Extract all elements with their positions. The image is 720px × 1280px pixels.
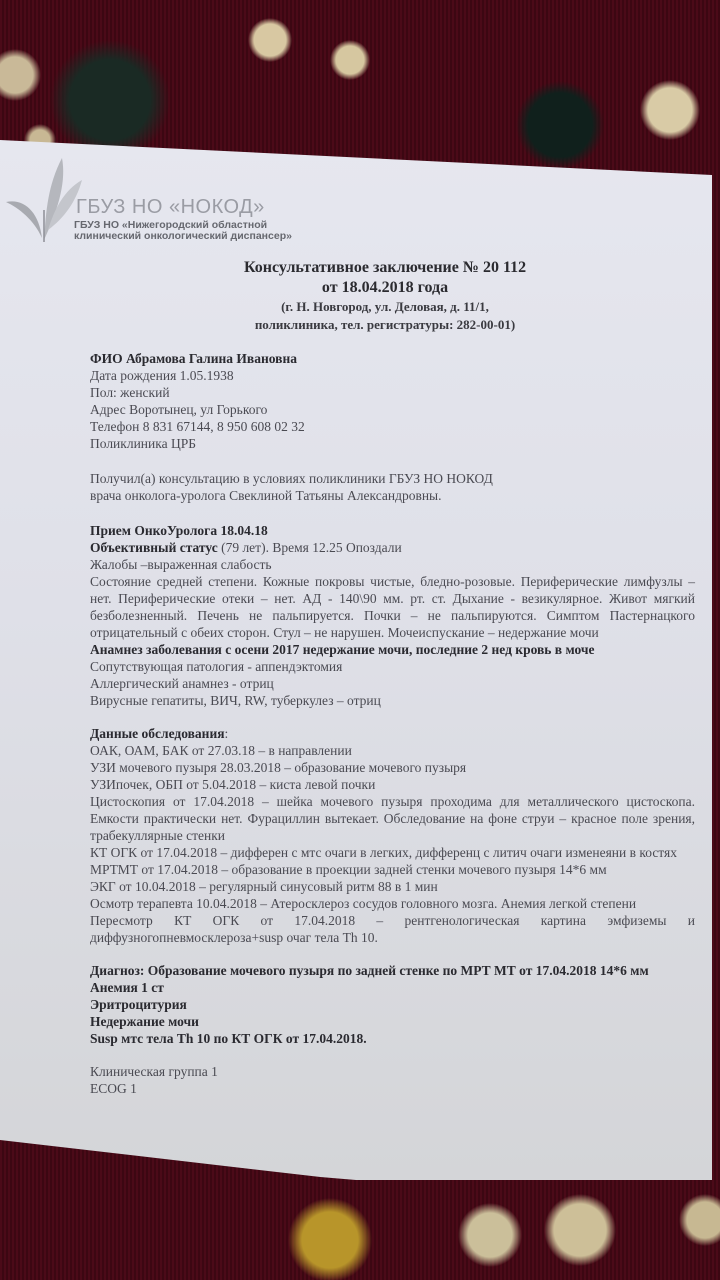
examination-heading: Данные обследования — [90, 726, 225, 741]
reception-heading: Прием ОнкоУролога 18.04.18 — [90, 522, 695, 539]
patient-name: ФИО Абрамова Галина Ивановна — [90, 350, 695, 367]
status-label: Объективный статус — [90, 540, 218, 555]
patient-phone: Телефон 8 831 67144, 8 950 608 02 32 — [90, 418, 695, 435]
infections: Вирусные гепатиты, ВИЧ, RW, туберкулез –… — [90, 692, 695, 709]
examination-heading-line: Данные обследования: — [90, 725, 695, 742]
document-title: Консультативное заключение № 20 112 — [225, 258, 545, 278]
clinic-logo: ГБУЗ НО «НОКОД» ГБУЗ НО «Нижегородский о… — [4, 150, 304, 245]
patient-clinic: Поликлиника ЦРБ — [90, 435, 695, 452]
exam-item: УЗИ мочевого пузыря 28.03.2018 – образов… — [90, 759, 695, 776]
exam-item: МРТМТ от 17.04.2018 – образование в прое… — [90, 861, 695, 878]
patient-birth-date: Дата рождения 1.05.1938 — [90, 367, 695, 384]
exam-item: КТ ОГК от 17.04.2018 – дифферен с мтс оч… — [90, 844, 695, 861]
address-line-2: поликлиника, тел. регистратуры: 282-00-0… — [225, 316, 545, 334]
patient-address: Адрес Воротынец, ул Горького — [90, 401, 695, 418]
diagnosis-line: Диагноз: Образование мочевого пузыря по … — [90, 962, 695, 979]
diagnosis-line: Эритроцитурия — [90, 996, 695, 1013]
logo-full-name: ГБУЗ НО «Нижегородский областной клиниче… — [74, 220, 292, 242]
exam-item: ОАК, ОАМ, БАК от 27.03.18 – в направлени… — [90, 742, 695, 759]
diagnosis-line: Недержание мочи — [90, 1013, 695, 1030]
leaf-logo-icon — [4, 150, 84, 245]
ecog-score: ECOG 1 — [90, 1080, 695, 1097]
exam-item: Цистоскопия от 17.04.2018 – шейка мочево… — [90, 793, 695, 844]
allergy: Аллергический анамнез - отриц — [90, 675, 695, 692]
diagnosis-line: Susp мтс тела Th 10 по КТ ОГК от 17.04.2… — [90, 1030, 695, 1047]
document-header: Консультативное заключение № 20 112 от 1… — [225, 258, 545, 334]
anamnesis: Анамнез заболевания с осени 2017 недержа… — [90, 641, 695, 658]
exam-item: Пересмотр КТ ОГК от 17.04.2018 – рентген… — [90, 912, 695, 946]
address-line-1: (г. Н. Новгород, ул. Деловая, д. 11/1, — [225, 298, 545, 316]
logo-full-name-line2: клинический онкологический диспансер» — [74, 231, 292, 242]
status-text: (79 лет). Время 12.25 Опоздали — [218, 540, 402, 555]
clinical-group: Клиническая группа 1 — [90, 1063, 695, 1080]
document-body: ФИО Абрамова Галина Ивановна Дата рожден… — [90, 350, 695, 1097]
examination-heading-suffix: : — [225, 726, 229, 741]
objective-status: Объективный статус (79 лет). Время 12.25… — [90, 539, 695, 556]
logo-short-name: ГБУЗ НО «НОКОД» — [76, 196, 265, 219]
exam-item: Осмотр терапевта 10.04.2018 – Атеросклер… — [90, 895, 695, 912]
consultation-line-2: врача онколога-уролога Свеклиной Татьяны… — [90, 487, 695, 504]
comorbidity: Сопутствующая патология - аппендэктомия — [90, 658, 695, 675]
diagnosis-line: Анемия 1 ст — [90, 979, 695, 996]
complaints: Жалобы –выраженная слабость — [90, 556, 695, 573]
document-date: от 18.04.2018 года — [225, 278, 545, 298]
exam-item: ЭКГ от 10.04.2018 – регулярный синусовый… — [90, 878, 695, 895]
condition: Состояние средней степени. Кожные покров… — [90, 573, 695, 641]
consultation-line-1: Получил(а) консультацию в условиях полик… — [90, 470, 695, 487]
exam-item: УЗИпочек, ОБП от 5.04.2018 – киста левой… — [90, 776, 695, 793]
patient-sex: Пол: женский — [90, 384, 695, 401]
